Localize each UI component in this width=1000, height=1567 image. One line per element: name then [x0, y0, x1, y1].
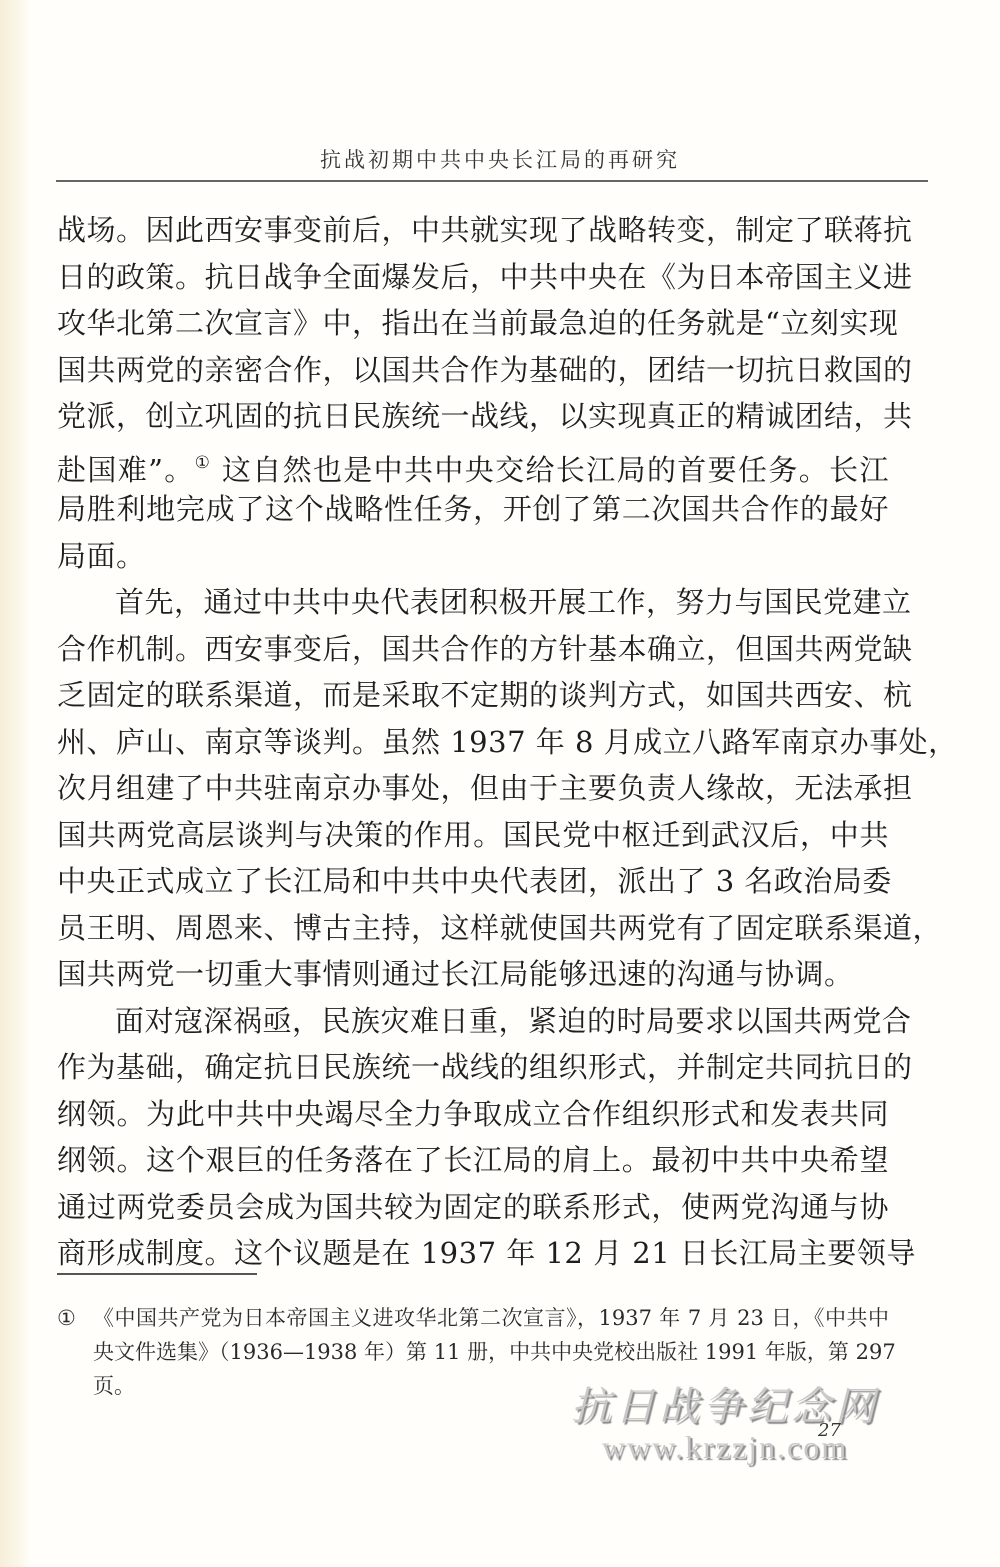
text-line: 党派，创立巩固的抗日民族统一战线，以实现真正的精诚团结，共 [57, 393, 889, 440]
text-line: 通过两党委员会成为国共较为固定的联系形式，使两党沟通与协 [57, 1184, 889, 1231]
header-rule [56, 180, 928, 182]
footnote-line: 央文件选集》（1936—1938 年）第 11 册，中共中央党校出版社 1991… [57, 1335, 889, 1369]
text-line: 作为基础，确定抗日民族统一战线的组织形式，并制定共同抗日的 [57, 1044, 889, 1091]
footnote-line: ① 《中国共产党为日本帝国主义进攻华北第二次宣言》，1937 年 7 月 23 … [57, 1301, 889, 1335]
text-line: 员王明、周恩来、博古主持，这样就使国共两党有了固定联系渠道， [57, 905, 889, 952]
text-line: 局胜利地完成了这个战略性任务，开创了第二次国共合作的最好 [57, 486, 889, 533]
text-line: 纲领。为此中共中央竭尽全力争取成立合作组织形式和发表共同 [57, 1091, 889, 1138]
text-line: 乏固定的联系渠道，而是采取不定期的谈判方式，如国共西安、杭 [57, 672, 889, 719]
text-line: 国共两党的亲密合作，以国共合作为基础的，团结一切抗日救国的 [57, 347, 889, 394]
text-line: 国共两党一切重大事情则通过长江局能够迅速的沟通与协调。 [57, 951, 889, 998]
text-line: 商形成制度。这个议题是在 1937 年 12 月 21 日长江局主要领导 [57, 1230, 889, 1277]
text-line: 战场。因此西安事变前后，中共就实现了战略转变，制定了联蒋抗 [57, 207, 889, 254]
text-line: 赴国难”。① 这自然也是中共中央交给长江局的首要任务。长江 [57, 440, 889, 487]
body-text: 战场。因此西安事变前后，中共就实现了战略转变，制定了联蒋抗 日的政策。抗日战争全… [57, 207, 889, 1277]
text-line: 合作机制。西安事变后，国共合作的方针基本确立，但国共两党缺 [57, 626, 889, 673]
text-segment: 赴国难”。 [57, 453, 195, 487]
text-line: 州、庐山、南京等谈判。虽然 1937 年 8 月成立八路军南京办事处， [57, 719, 889, 766]
text-segment: 这自然也是中共中央交给长江局的首要任务。长江 [211, 453, 889, 487]
text-line: 日的政策。抗日战争全面爆发后，中共中央在《为日本帝国主义进 [57, 254, 889, 301]
footnote-rule [57, 1273, 257, 1275]
footnote-text: 《中国共产党为日本帝国主义进攻华北第二次宣言》，1937 年 7 月 23 日，… [93, 1301, 889, 1335]
footnote-mark: ① [57, 1301, 93, 1335]
text-line: 局面。 [57, 533, 889, 580]
text-line: 攻华北第二次宣言》中，指出在当前最急迫的任务就是“立刻实现 [57, 300, 889, 347]
footnote-reference[interactable]: ① [195, 453, 212, 473]
page-number: 27 [818, 1420, 841, 1441]
text-line: 中央正式成立了长江局和中共中央代表团，派出了 3 名政治局委 [57, 858, 889, 905]
text-line: 国共两党高层谈判与决策的作用。国民党中枢迁到武汉后，中共 [57, 812, 889, 859]
paragraph-first-line: 面对寇深祸亟，民族灾难日重，紧迫的时局要求以国共两党合 [57, 998, 889, 1045]
text-line: 次月组建了中共驻南京办事处，但由于主要负责人缘故，无法承担 [57, 765, 889, 812]
text-line: 纲领。这个艰巨的任务落在了长江局的肩上。最初中共中央希望 [57, 1137, 889, 1184]
running-head: 抗战初期中共中央长江局的再研究 [0, 144, 1000, 174]
page-edge-shading [0, 0, 30, 1567]
paragraph-first-line: 首先，通过中共中央代表团积极开展工作，努力与国民党建立 [57, 579, 889, 626]
